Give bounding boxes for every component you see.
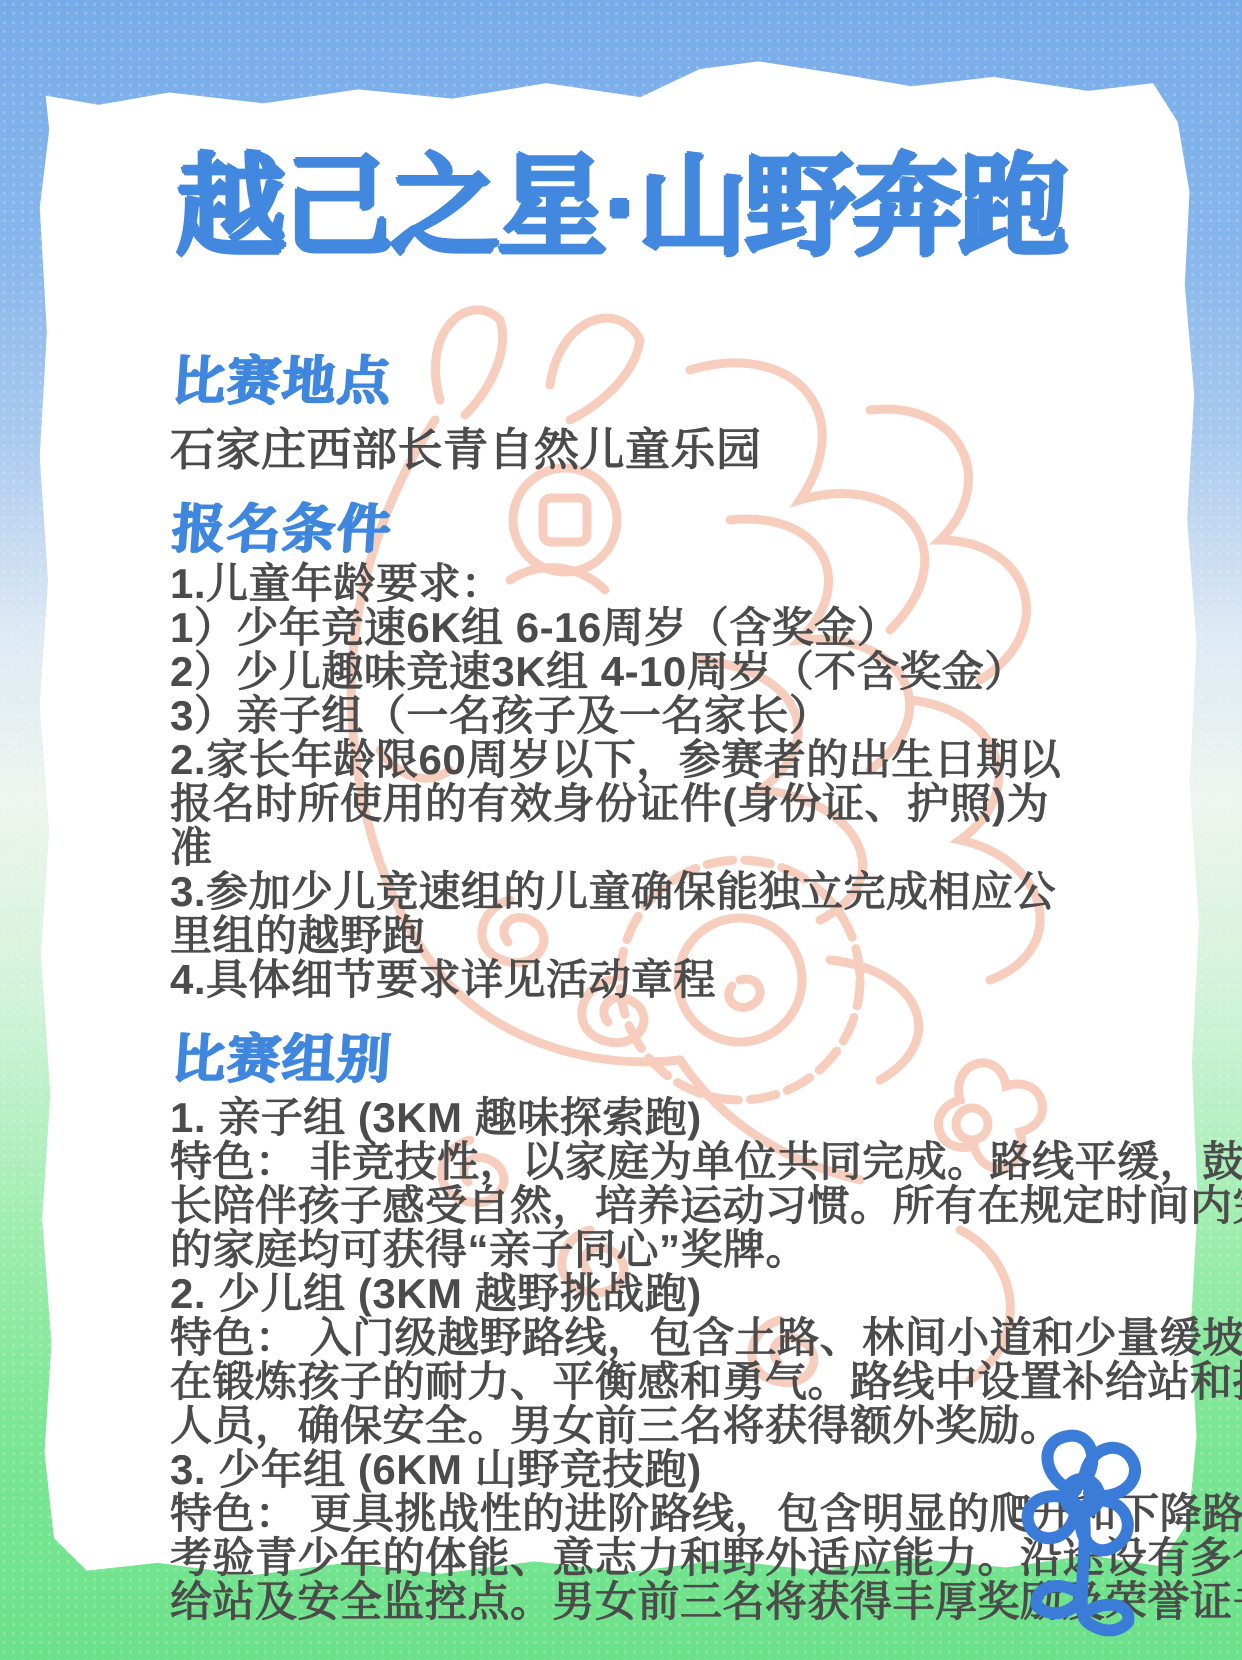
event-poster: 越己之星·山野奔跑 比赛地点 石家庄西部长青自然儿童乐园 报名条件 1.儿童年龄… bbox=[0, 0, 1242, 1660]
text-line: 1）少年竞速6K组 6-16周岁（含奖金） bbox=[170, 606, 1155, 650]
text-line: 特色： 入门级越野路线，包含土路、林间小道和少量缓坡。旨 bbox=[170, 1316, 1155, 1360]
text-line: 准 bbox=[170, 826, 1155, 870]
text-line: 2）少儿趣味竞速3K组 4-10周岁（不含奖金） bbox=[170, 650, 1155, 694]
text-line: 3）亲子组（一名孩子及一名家长） bbox=[170, 694, 1155, 738]
text-line: 1. 亲子组 (3KM 趣味探索跑) bbox=[170, 1096, 1155, 1140]
text-line: 在锻炼孩子的耐力、平衡感和勇气。路线中设置补给站和指引 bbox=[170, 1360, 1155, 1404]
categories-text-block: 1. 亲子组 (3KM 趣味探索跑)特色： 非竞技性，以家庭为单位共同完成。路线… bbox=[170, 1096, 1155, 1624]
flower-doodle-icon bbox=[1014, 1396, 1152, 1652]
text-line: 特色： 更具挑战性的进阶路线，包含明显的爬升和下降路段， bbox=[170, 1492, 1155, 1536]
text-line: 给站及安全监控点。男女前三名将获得丰厚奖励及荣誉证书。 bbox=[170, 1580, 1155, 1624]
text-line: 特色： 非竞技性，以家庭为单位共同完成。路线平缓，鼓励家 bbox=[170, 1140, 1155, 1184]
text-line: 里组的越野跑 bbox=[170, 914, 1155, 958]
text-line: 报名时所使用的有效身份证件(身份证、护照)为 bbox=[170, 782, 1155, 826]
section-heading-requirements: 报名条件 bbox=[170, 500, 1159, 560]
text-line: 1.儿童年龄要求： bbox=[170, 562, 1155, 606]
text-line: 长陪伴孩子感受自然，培养运动习惯。所有在规定时间内完成 bbox=[170, 1184, 1155, 1228]
text-line: 3. 少年组 (6KM 山野竞技跑) bbox=[170, 1448, 1155, 1492]
text-line: 3.参加少儿竞速组的儿童确保能独立完成相应公 bbox=[170, 870, 1155, 914]
poster-body: 比赛地点 石家庄西部长青自然儿童乐园 报名条件 1.儿童年龄要求：1）少年竞速6… bbox=[170, 0, 1155, 1624]
section-heading-categories: 比赛组别 bbox=[170, 1030, 1159, 1090]
race-location-text: 石家庄西部长青自然儿童乐园 bbox=[170, 426, 1155, 474]
text-line: 的家庭均可获得“亲子同心”奖牌。 bbox=[170, 1228, 1155, 1272]
section-heading-location: 比赛地点 bbox=[170, 352, 1159, 412]
text-line: 人员，确保安全。男女前三名将获得额外奖励。 bbox=[170, 1404, 1155, 1448]
text-line: 考验青少年的体能、意志力和野外适应能力。沿途设有多个补 bbox=[170, 1536, 1155, 1580]
text-line: 2. 少儿组 (3KM 越野挑战跑) bbox=[170, 1272, 1155, 1316]
text-line: 4.具体细节要求详见活动章程 bbox=[170, 958, 1155, 1002]
requirements-text-block: 1.儿童年龄要求：1）少年竞速6K组 6-16周岁（含奖金）2）少儿趣味竞速3K… bbox=[170, 562, 1155, 1002]
text-line: 2.家长年龄限60周岁以下，参赛者的出生日期以 bbox=[170, 738, 1155, 782]
